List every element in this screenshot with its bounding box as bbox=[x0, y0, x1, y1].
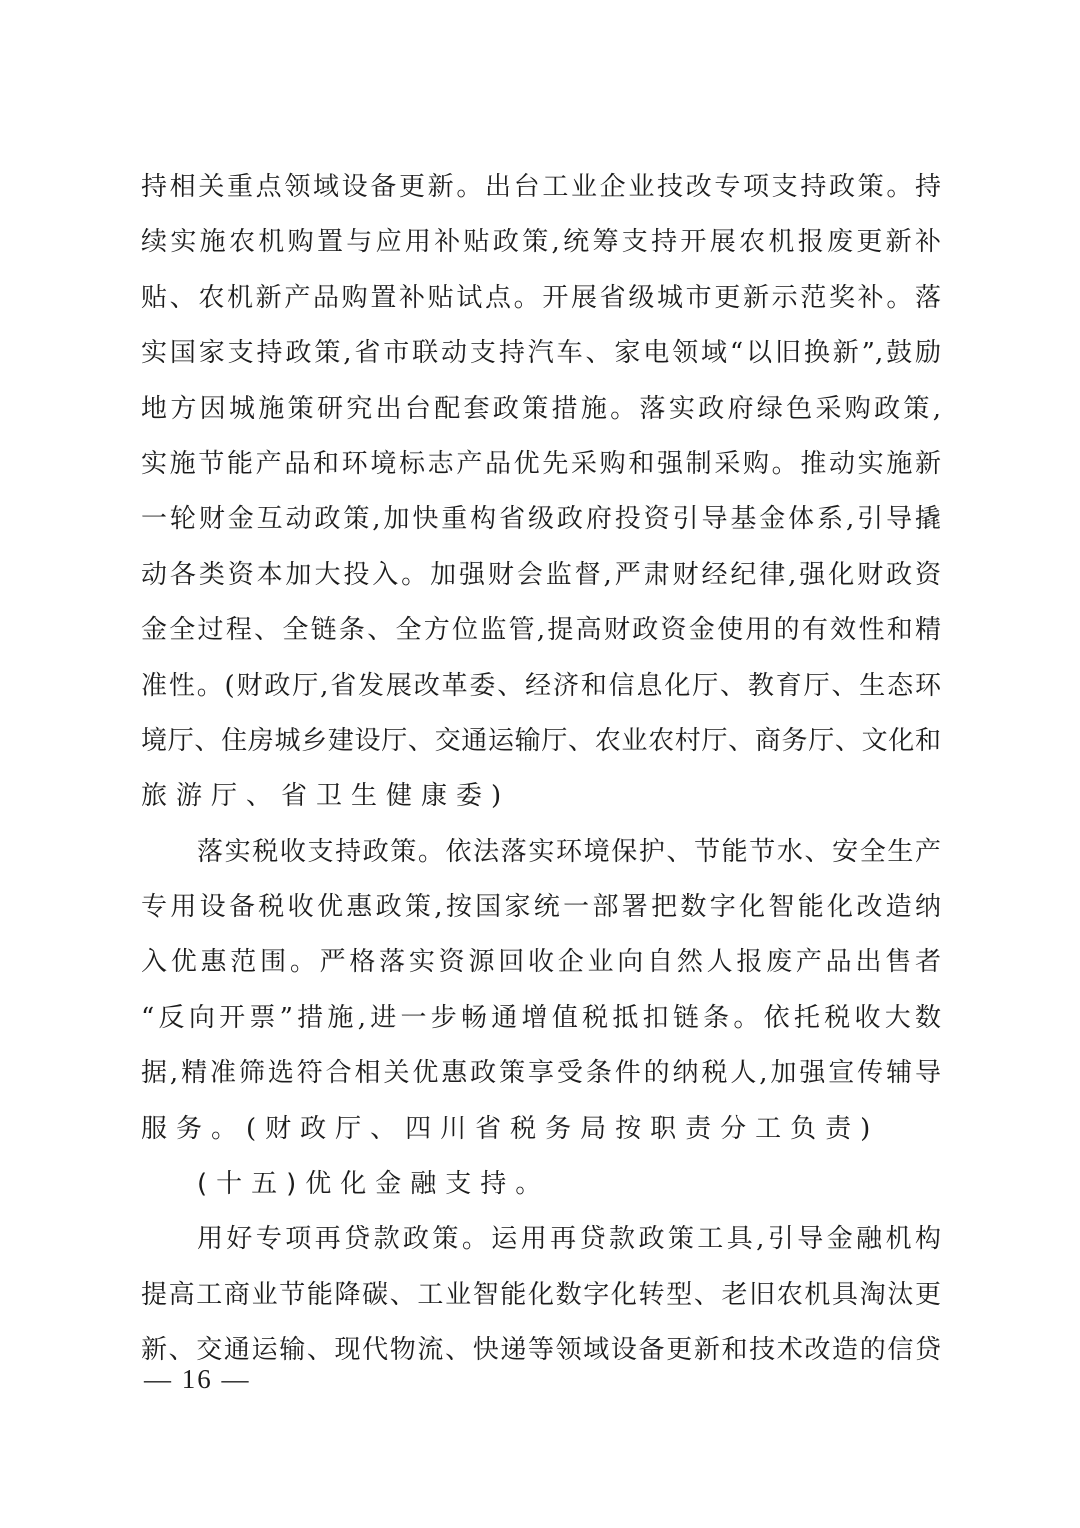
text-line: 服务。(财政厅、四川省税务局按职责分工负责) bbox=[141, 1102, 941, 1157]
text-line: 入优惠范围。严格落实资源回收企业向自然人报废产品出售者 bbox=[141, 935, 941, 990]
page-number: — 16 — bbox=[144, 1364, 251, 1395]
text-line: 旅游厅、省卫生健康委) bbox=[141, 769, 941, 824]
paragraph-first-line: 用好专项再贷款政策。运用再贷款政策工具,引导金融机构 bbox=[141, 1212, 941, 1267]
text-line: 实施节能产品和环境标志产品优先采购和强制采购。推动实施新 bbox=[141, 437, 941, 492]
text-line: 动各类资本加大投入。加强财会监督,严肃财经纪律,强化财政资 bbox=[141, 548, 941, 603]
text-line: 境厅、住房城乡建设厅、交通运输厅、农业农村厅、商务厅、文化和 bbox=[141, 714, 941, 769]
text-line: “反向开票”措施,进一步畅通增值税抵扣链条。依托税收大数 bbox=[141, 991, 941, 1046]
text-line: 专用设备税收优惠政策,按国家统一部署把数字化智能化改造纳 bbox=[141, 880, 941, 935]
text-line: 地方因城施策研究出台配套政策措施。落实政府绿色采购政策, bbox=[141, 382, 941, 437]
paragraph-first-line: 落实税收支持政策。依法落实环境保护、节能节水、安全生产 bbox=[141, 825, 941, 880]
text-line: 持相关重点领域设备更新。出台工业企业技改专项支持政策。持 bbox=[141, 160, 941, 215]
text-line: 据,精准筛选符合相关优惠政策享受条件的纳税人,加强宣传辅导 bbox=[141, 1046, 941, 1101]
text-line: 新、交通运输、现代物流、快递等领域设备更新和技术改造的信贷 bbox=[141, 1323, 941, 1378]
text-line: 金全过程、全链条、全方位监管,提高财政资金使用的有效性和精 bbox=[141, 603, 941, 658]
text-line: 续实施农机购置与应用补贴政策,统筹支持开展农机报废更新补 bbox=[141, 215, 941, 270]
text-line: 贴、农机新产品购置补贴试点。开展省级城市更新示范奖补。落 bbox=[141, 271, 941, 326]
body-text: 持相关重点领域设备更新。出台工业企业技改专项支持政策。持 续实施农机购置与应用补… bbox=[141, 160, 941, 1379]
section-heading: (十五)优化金融支持。 bbox=[141, 1157, 941, 1212]
document-page: 持相关重点领域设备更新。出台工业企业技改专项支持政策。持 续实施农机购置与应用补… bbox=[0, 0, 1080, 1528]
text-line: 准性。(财政厅,省发展改革委、经济和信息化厅、教育厅、生态环 bbox=[141, 659, 941, 714]
text-line: 一轮财金互动政策,加快重构省级政府投资引导基金体系,引导撬 bbox=[141, 492, 941, 547]
text-line: 实国家支持政策,省市联动支持汽车、家电领域“以旧换新”,鼓励 bbox=[141, 326, 941, 381]
text-line: 提高工商业节能降碳、工业智能化数字化转型、老旧农机具淘汰更 bbox=[141, 1268, 941, 1323]
